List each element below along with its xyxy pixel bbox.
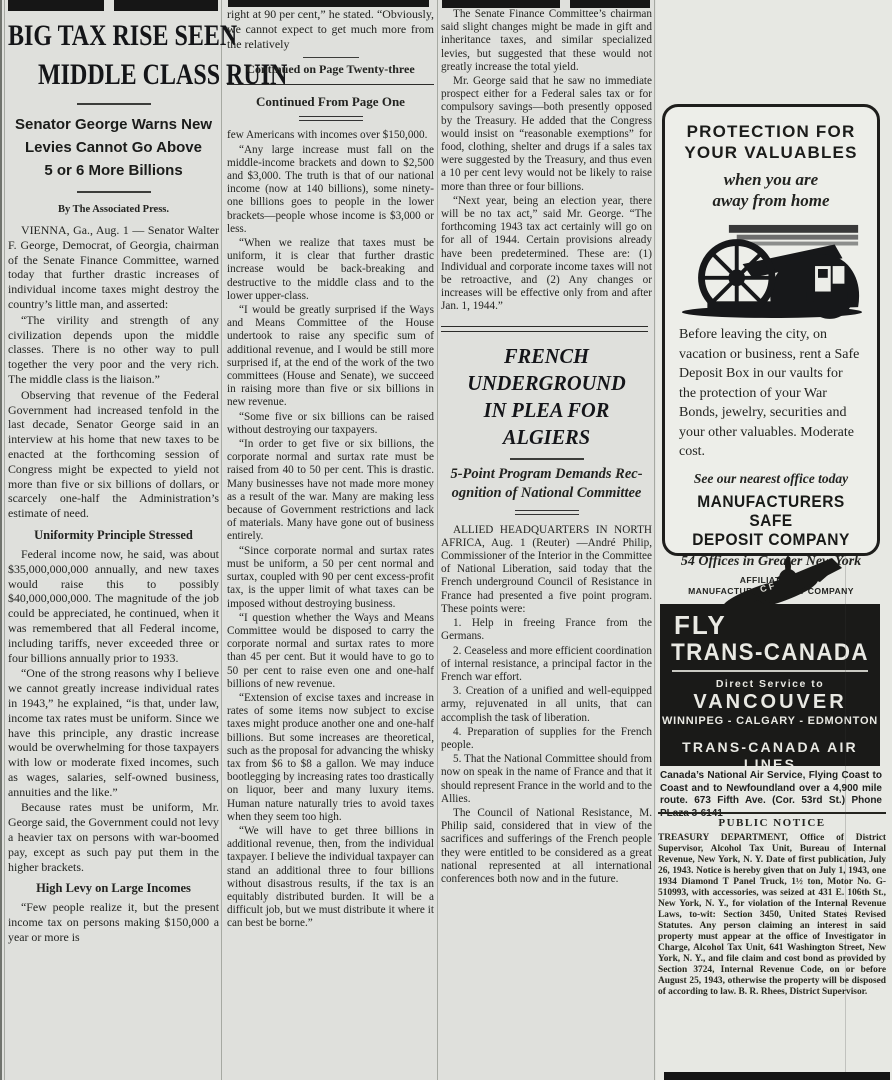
ad-company-line: MANUFACTURERS SAFE [681, 493, 861, 531]
ad-main-city: VANCOUVER [660, 691, 880, 714]
trans-canada-ad: FLY TRANS-CANADA Direct Service to VANCO… [660, 604, 880, 766]
column-4-ads: PROTECTION FOR YOUR VALUABLES when you a… [656, 0, 892, 1080]
paragraph: Mr. George said that he saw no immediate… [441, 75, 652, 194]
ad-service-label: Direct Service to [660, 678, 880, 691]
ad-title-line: YOUR VALUABLES [675, 142, 867, 163]
ad-company-name: MANUFACTURERS SAFE DEPOSIT COMPANY [681, 493, 861, 550]
column-2: right at 90 per cent,” he stated. “Obvio… [227, 0, 434, 932]
column-3: The Senate Finance Committee’s chairman … [441, 0, 652, 887]
paragraph: few Americans with incomes over $150,000… [227, 129, 434, 142]
deck-line: 5 or 6 More Billions [8, 159, 219, 182]
paragraph: right at 90 per cent,” he stated. “Obvio… [227, 7, 434, 51]
paragraph: “We will have to get three billions in a… [227, 825, 434, 931]
paragraph: “Some five or six billions can be raised… [227, 411, 434, 437]
paragraph: Federal income now, he said, was about $… [8, 547, 219, 665]
headline-line: FRENCH UNDERGROUND [444, 343, 649, 397]
list-item: 1. Help in freeing France from the Germa… [441, 617, 652, 643]
divider [515, 510, 579, 515]
ad-tagline: when you are away from home [675, 169, 867, 211]
ad-tagline-line: when you are [675, 169, 867, 190]
paragraph: “Few people realize it, but the present … [8, 900, 219, 944]
divider [299, 116, 363, 121]
divider [510, 458, 584, 460]
paragraph: ALLIED HEADQUARTERS IN NORTH AFRICA, Aug… [441, 524, 652, 616]
page-left-edge [0, 0, 2, 1080]
french-article-deck: 5-Point Program Demands Rec- ognition of… [441, 465, 652, 503]
column-rule [437, 0, 438, 1080]
public-notice: PUBLIC NOTICE TREASURY DEPARTMENT, Offic… [658, 812, 886, 998]
paragraph: “In order to get five or six billions, t… [227, 438, 434, 544]
paragraph: “The virility and strength of any civili… [8, 313, 219, 387]
column-rule [4, 0, 5, 1080]
paragraph: “Since corporate normal and surtax rates… [227, 545, 434, 611]
safe-deposit-ad: PROTECTION FOR YOUR VALUABLES when you a… [662, 104, 880, 556]
divider [77, 191, 151, 193]
ad-body-text: Before leaving the city, on vacation or … [675, 325, 867, 462]
paragraph: Because rates must be uniform, Mr. Georg… [8, 800, 219, 874]
article-box-bottom [227, 84, 434, 85]
paragraph: “Any large increase must fall on the mid… [227, 144, 434, 236]
ad-airline-name: TRANS-CANADA AIR LINES [660, 739, 880, 773]
ad-brand-text: TRANS-CANADA [668, 640, 873, 666]
paragraph: “Next year, being an election year, ther… [441, 195, 652, 314]
byline: By The Associated Press. [8, 203, 219, 217]
tax-article-deck: Senator George Warns New Levies Cannot G… [8, 113, 219, 182]
paragraph: “I question whether the Ways and Means C… [227, 612, 434, 691]
french-article-headline: FRENCH UNDERGROUND IN PLEA FOR ALGIERS [444, 343, 649, 451]
paragraph: The Council of National Resistance, M. P… [441, 807, 652, 886]
deck-line: ognition of National Committee [441, 484, 652, 503]
divider [77, 103, 151, 105]
column-rule [221, 0, 222, 1080]
paragraph: The Senate Finance Committee’s chairman … [441, 8, 652, 74]
continued-to-line: Continued on Page Twenty-three [227, 62, 434, 77]
cannon-icon [678, 217, 864, 321]
list-item: 5. That the National Committee should fr… [441, 753, 652, 806]
tax-article-headline: BIG TAX RISE SEEN MIDDLE CLASS RUIN [8, 16, 219, 94]
list-item: 4. Preparation of supplies for the Frenc… [441, 726, 652, 752]
paragraph: “I would be greatly surprised if the Way… [227, 304, 434, 410]
list-item: 2. Ceaseless and more efficient coordina… [441, 645, 652, 685]
crosshead: High Levy on Large Incomes [8, 880, 219, 896]
ad-tagline-line: away from home [675, 190, 867, 211]
deck-line: 5-Point Program Demands Rec- [441, 465, 652, 484]
crosshead: Uniformity Principle Stressed [8, 527, 219, 543]
bottom-ad-edge [664, 1072, 890, 1080]
column-rule [654, 0, 655, 1080]
list-item: 3. Creation of a unified and well-equipp… [441, 685, 652, 725]
ad-fly-text: FLY [674, 610, 880, 640]
scan-crease [845, 556, 846, 1080]
newspaper-page: BIG TAX RISE SEEN MIDDLE CLASS RUIN Sena… [0, 0, 892, 1080]
divider [303, 57, 359, 58]
ad-title-line: PROTECTION FOR [675, 121, 867, 142]
deck-line: Senator George Warns New [8, 113, 219, 136]
section-divider [441, 326, 648, 332]
headline-line: MIDDLE CLASS RUIN [38, 55, 249, 94]
ad-cities: WINNIPEG - CALGARY - EDMONTON [660, 714, 880, 728]
paragraph: VIENNA, Ga., Aug. 1 — Senator Walter F. … [8, 223, 219, 312]
headline-line: BIG TAX RISE SEEN [8, 16, 219, 55]
headline-line: IN PLEA FOR ALGIERS [444, 397, 649, 451]
paragraph: Observing that revenue of the Federal Go… [8, 388, 219, 521]
continued-from-line: Continued From Page One [227, 94, 434, 110]
public-notice-title: PUBLIC NOTICE [658, 816, 886, 831]
column-1: BIG TAX RISE SEEN MIDDLE CLASS RUIN Sena… [8, 0, 219, 946]
paragraph: “One of the strong reasons why I believe… [8, 666, 219, 799]
deck-line: Levies Cannot Go Above [8, 136, 219, 159]
divider [672, 670, 868, 672]
ad-title: PROTECTION FOR YOUR VALUABLES [675, 121, 867, 163]
ad-company-line: DEPOSIT COMPANY [681, 531, 861, 550]
public-notice-body: TREASURY DEPARTMENT, Office of District … [658, 833, 886, 998]
paragraph: “Extension of excise taxes and increase … [227, 692, 434, 824]
paragraph: “When we realize that taxes must be unif… [227, 237, 434, 303]
ad-cta-text: See our nearest office today [675, 470, 867, 488]
